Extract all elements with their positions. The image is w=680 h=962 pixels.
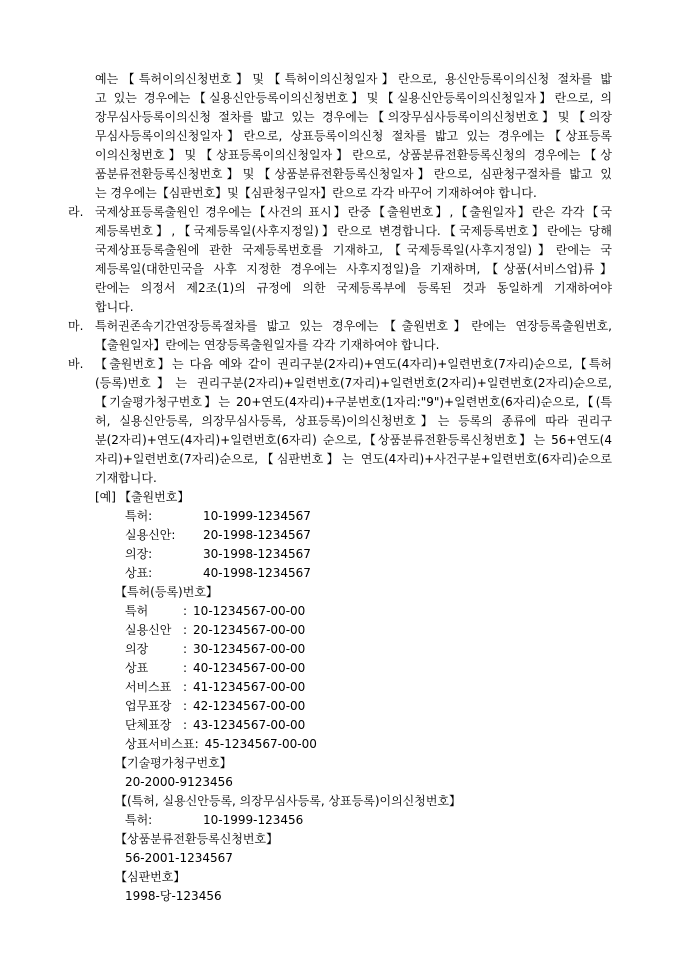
paragraph-line: 【출원일자】란에는 연장등록출원일자를 각각 기재하여야 합니다.: [95, 336, 612, 355]
paragraph-line: 【출원번호】는 다음 예와 같이 권리구분(2자리)+연도(4자리)+일련번호(…: [95, 355, 612, 374]
section-header-trial-number: 【심판번호】: [68, 868, 612, 887]
paragraph-line: 분(2자리)+연도(4자리)+일련번호(6자리) 순으로,【상품분류전환등록신청…: [95, 431, 612, 450]
document-body: 예는【특허이의신청번호】및【특허이의신청일자】란으로, 용신안등록이의신청 절차…: [68, 70, 612, 906]
paragraph-line: 특허권존속기간연장등록절차를 밟고 있는 경우에는【출원번호】란에는 연장등록출…: [95, 317, 612, 336]
item-label: 상표서비스표: [125, 735, 195, 754]
list-item: 업무표장:42-1234567-00-00: [68, 697, 612, 716]
item-separator: :: [183, 718, 187, 732]
item-value: 20-2000-9123456: [68, 773, 612, 792]
paragraph-ra: 라. 국제상표등록출원인 경우에는【사건의 표시】란중【출원번호】,【출원일자】…: [68, 203, 612, 317]
paragraph-line: 자리)+일련번호(7자리)순으로,【심판번호】는 연도(4자리)+사건구분+일련…: [95, 450, 612, 469]
item-value: 40-1234567-00-00: [193, 661, 305, 675]
item-separator: :: [183, 680, 187, 694]
item-value: 30-1234567-00-00: [193, 642, 305, 656]
paragraph-line: 란에는 의정서 제2조(1)의 규정에 의한 국제등록부에 등록된 것과 동일하…: [95, 279, 612, 298]
list-item: 상표서비스표:45-1234567-00-00: [68, 735, 612, 754]
list-item: 단체표장:43-1234567-00-00: [68, 716, 612, 735]
item-label: 특허: [125, 602, 183, 621]
paragraph-line: 국제상표등록출원인 경우에는【사건의 표시】란중【출원번호】,【출원일자】란은 …: [95, 203, 612, 222]
list-item: 특허:10-1999-123456: [68, 811, 612, 830]
item-value: 20-1998-1234567: [203, 528, 311, 542]
paragraph-marker: 마.: [68, 317, 95, 336]
section-header-tech-evaluation-number: 【기술평가청구번호】: [68, 754, 612, 773]
item-value: 10-1999-123456: [203, 813, 303, 827]
item-separator: :: [183, 699, 187, 713]
paragraph-ba: 바. 【출원번호】는 다음 예와 같이 권리구분(2자리)+연도(4자리)+일련…: [68, 355, 612, 488]
document-page: { "document": { "intro": { "lines": [ "예…: [0, 0, 680, 962]
paragraph-line: 허, 실용신안등록, 의장무심사등록, 상표등록)이의신청번호】는 등록의 종류…: [95, 412, 612, 431]
list-item: 상표:40-1234567-00-00: [68, 659, 612, 678]
example-label: [예]: [95, 490, 116, 504]
item-label: 단체표장: [125, 716, 183, 735]
item-label: 상표: [125, 659, 183, 678]
item-value: 20-1234567-00-00: [193, 623, 305, 637]
item-value: 45-1234567-00-00: [205, 737, 317, 751]
example-intro-line: [예]【출원번호】: [68, 488, 612, 507]
list-item: 특허:10-1234567-00-00: [68, 602, 612, 621]
paragraph-line: 합니다.: [95, 298, 612, 317]
paragraph-line: (등록)번호】는 권리구분(2자리)+일련번호(7자리)+일련번호(2자리)+일…: [95, 374, 612, 393]
paragraph-line: 고 있는 경우에는【실용신안등록이의신청번호】및【실용신안등록이의신청일자】란으…: [95, 89, 612, 108]
paragraph-line: 는 경우에는【심판번호】및【심판청구일자】란으로 각각 바꾸어 기재하여야 합니…: [95, 184, 612, 203]
item-label: 업무표장: [125, 697, 183, 716]
paragraph-marker: 바.: [68, 355, 95, 374]
paragraph-ma: 마. 특허권존속기간연장등록절차를 밟고 있는 경우에는【출원번호】란에는 연장…: [68, 317, 612, 355]
paragraph-line: 【기술평가청구번호】는 20+연도(4자리)+구분번호(1자리:"9")+일련번…: [95, 393, 612, 412]
section-header-classification-conversion-number: 【상품분류전환등록신청번호】: [68, 830, 612, 849]
item-label: 서비스표: [125, 678, 183, 697]
item-value: 30-1998-1234567: [203, 547, 311, 561]
paragraph-line: 예는【특허이의신청번호】및【특허이의신청일자】란으로, 용신안등록이의신청 절차…: [95, 70, 612, 89]
item-value: 43-1234567-00-00: [193, 718, 305, 732]
item-separator: :: [195, 737, 199, 751]
item-label: 실용신안:: [125, 526, 203, 545]
paragraph-line: 제등록일(대한민국을 사후 지정한 경우에는 사후지정일)을 기재하며,【상품(…: [95, 260, 612, 279]
item-separator: :: [183, 642, 187, 656]
item-value: 41-1234567-00-00: [193, 680, 305, 694]
paragraph-line: 품분류전환등록신청번호】및【상품분류전환등록신청일자】란으로, 심판청구절차를 …: [95, 165, 612, 184]
paragraph-line: 기재합니다.: [95, 469, 612, 488]
item-separator: :: [183, 661, 187, 675]
item-value: 1998-당-123456: [68, 887, 612, 906]
list-item: 의장:30-1234567-00-00: [68, 640, 612, 659]
list-item: 의장:30-1998-1234567: [68, 545, 612, 564]
item-label: 특허:: [125, 811, 203, 830]
item-label: 의장: [125, 640, 183, 659]
section-header-objection-number: 【(특허, 실용신안등록, 의장무심사등록, 상표등록)이의신청번호】: [68, 792, 612, 811]
section-header-registration-number: 【특허(등록)번호】: [68, 583, 612, 602]
list-item: 상표:40-1998-1234567: [68, 564, 612, 583]
list-item: 특허:10-1999-1234567: [68, 507, 612, 526]
item-separator: :: [183, 604, 187, 618]
item-label: 특허:: [125, 507, 203, 526]
section-header-application-number: 【출원번호】: [119, 490, 189, 504]
list-item: 실용신안:20-1234567-00-00: [68, 621, 612, 640]
item-value: 10-1234567-00-00: [193, 604, 305, 618]
paragraph-line: 이의신청번호】및【상표등록이의신청일자】란으로, 상품분류전환등록신청의 경우에…: [95, 146, 612, 165]
item-value: 42-1234567-00-00: [193, 699, 305, 713]
paragraph-line: 국제상표등록출원에 관한 국제등록번호를 기재하고,【국제등록일(사후지정일)】…: [95, 241, 612, 260]
paragraph-line: 장무심사등록이의신청 절차를 밟고 있는 경우에는【의장무심사등록이의신청번호】…: [95, 108, 612, 127]
item-label: 실용신안: [125, 621, 183, 640]
example-section: [예]【출원번호】 특허:10-1999-1234567 실용신안:20-199…: [68, 488, 612, 906]
item-label: 상표:: [125, 564, 203, 583]
item-label: 의장:: [125, 545, 203, 564]
list-item: 실용신안:20-1998-1234567: [68, 526, 612, 545]
item-value: 40-1998-1234567: [203, 566, 311, 580]
paragraph-line: 제등록번호】,【국제등록일(사후지정일)】란으로 변경합니다.【국제등록번호】란…: [95, 222, 612, 241]
item-value: 56-2001-1234567: [68, 849, 612, 868]
list-item: 서비스표:41-1234567-00-00: [68, 678, 612, 697]
intro-paragraph: 예는【특허이의신청번호】및【특허이의신청일자】란으로, 용신안등록이의신청 절차…: [68, 70, 612, 203]
paragraph-marker: 라.: [68, 203, 95, 222]
item-separator: :: [183, 623, 187, 637]
item-value: 10-1999-1234567: [203, 509, 311, 523]
paragraph-line: 무심사등록이의신청일자】란으로, 상표등록이의신청 절차를 밟고 있는 경우에는…: [95, 127, 612, 146]
